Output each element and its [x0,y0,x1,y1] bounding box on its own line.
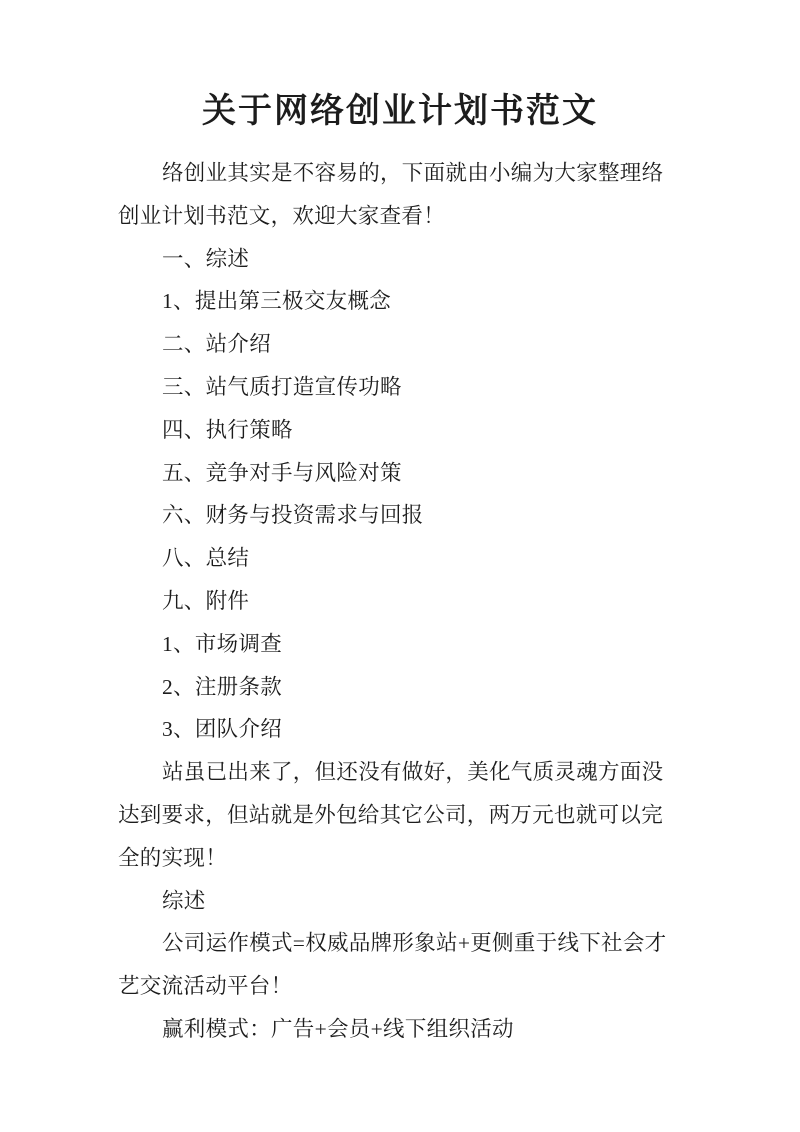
section-heading-overview: 综述 [118,880,682,923]
outline-item-overview: 一、综述 [118,238,682,281]
status-paragraph-line-1: 站虽已出来了，但还没有做好，美化气质灵魂方面没 [118,751,682,794]
document-page: 关于网络创业计划书范文 络创业其实是不容易的，下面就由小编为大家整理络 创业计划… [0,0,800,1132]
outline-item-concept: 1、提出第三极交友概念 [118,280,682,323]
operation-paragraph-line-2: 艺交流活动平台！ [118,965,682,1008]
outline-item-execution: 四、执行策略 [118,409,682,452]
profit-model-line: 赢利模式：广告+会员+线下组织活动 [118,1008,682,1051]
document-body: 络创业其实是不容易的，下面就由小编为大家整理络 创业计划书范文，欢迎大家查看！ … [0,152,800,1051]
outline-item-team-intro: 3、团队介绍 [118,708,682,751]
outline-item-finance: 六、财务与投资需求与回报 [118,494,682,537]
outline-item-site-intro: 二、站介绍 [118,323,682,366]
document-title: 关于网络创业计划书范文 [0,0,800,134]
intro-paragraph-line-1: 络创业其实是不容易的，下面就由小编为大家整理络 [118,152,682,195]
outline-item-registration-terms: 2、注册条款 [118,666,682,709]
outline-item-promotion: 三、站气质打造宣传功略 [118,366,682,409]
outline-item-appendix: 九、附件 [118,580,682,623]
status-paragraph-line-3: 全的实现！ [118,837,682,880]
operation-paragraph-line-1: 公司运作模式=权威品牌形象站+更侧重于线下社会才 [118,922,682,965]
intro-paragraph-line-2: 创业计划书范文，欢迎大家查看！ [118,195,682,238]
outline-item-market-research: 1、市场调查 [118,623,682,666]
outline-item-summary: 八、总结 [118,537,682,580]
outline-item-competition: 五、竞争对手与风险对策 [118,452,682,495]
status-paragraph-line-2: 达到要求，但站就是外包给其它公司，两万元也就可以完 [118,794,682,837]
